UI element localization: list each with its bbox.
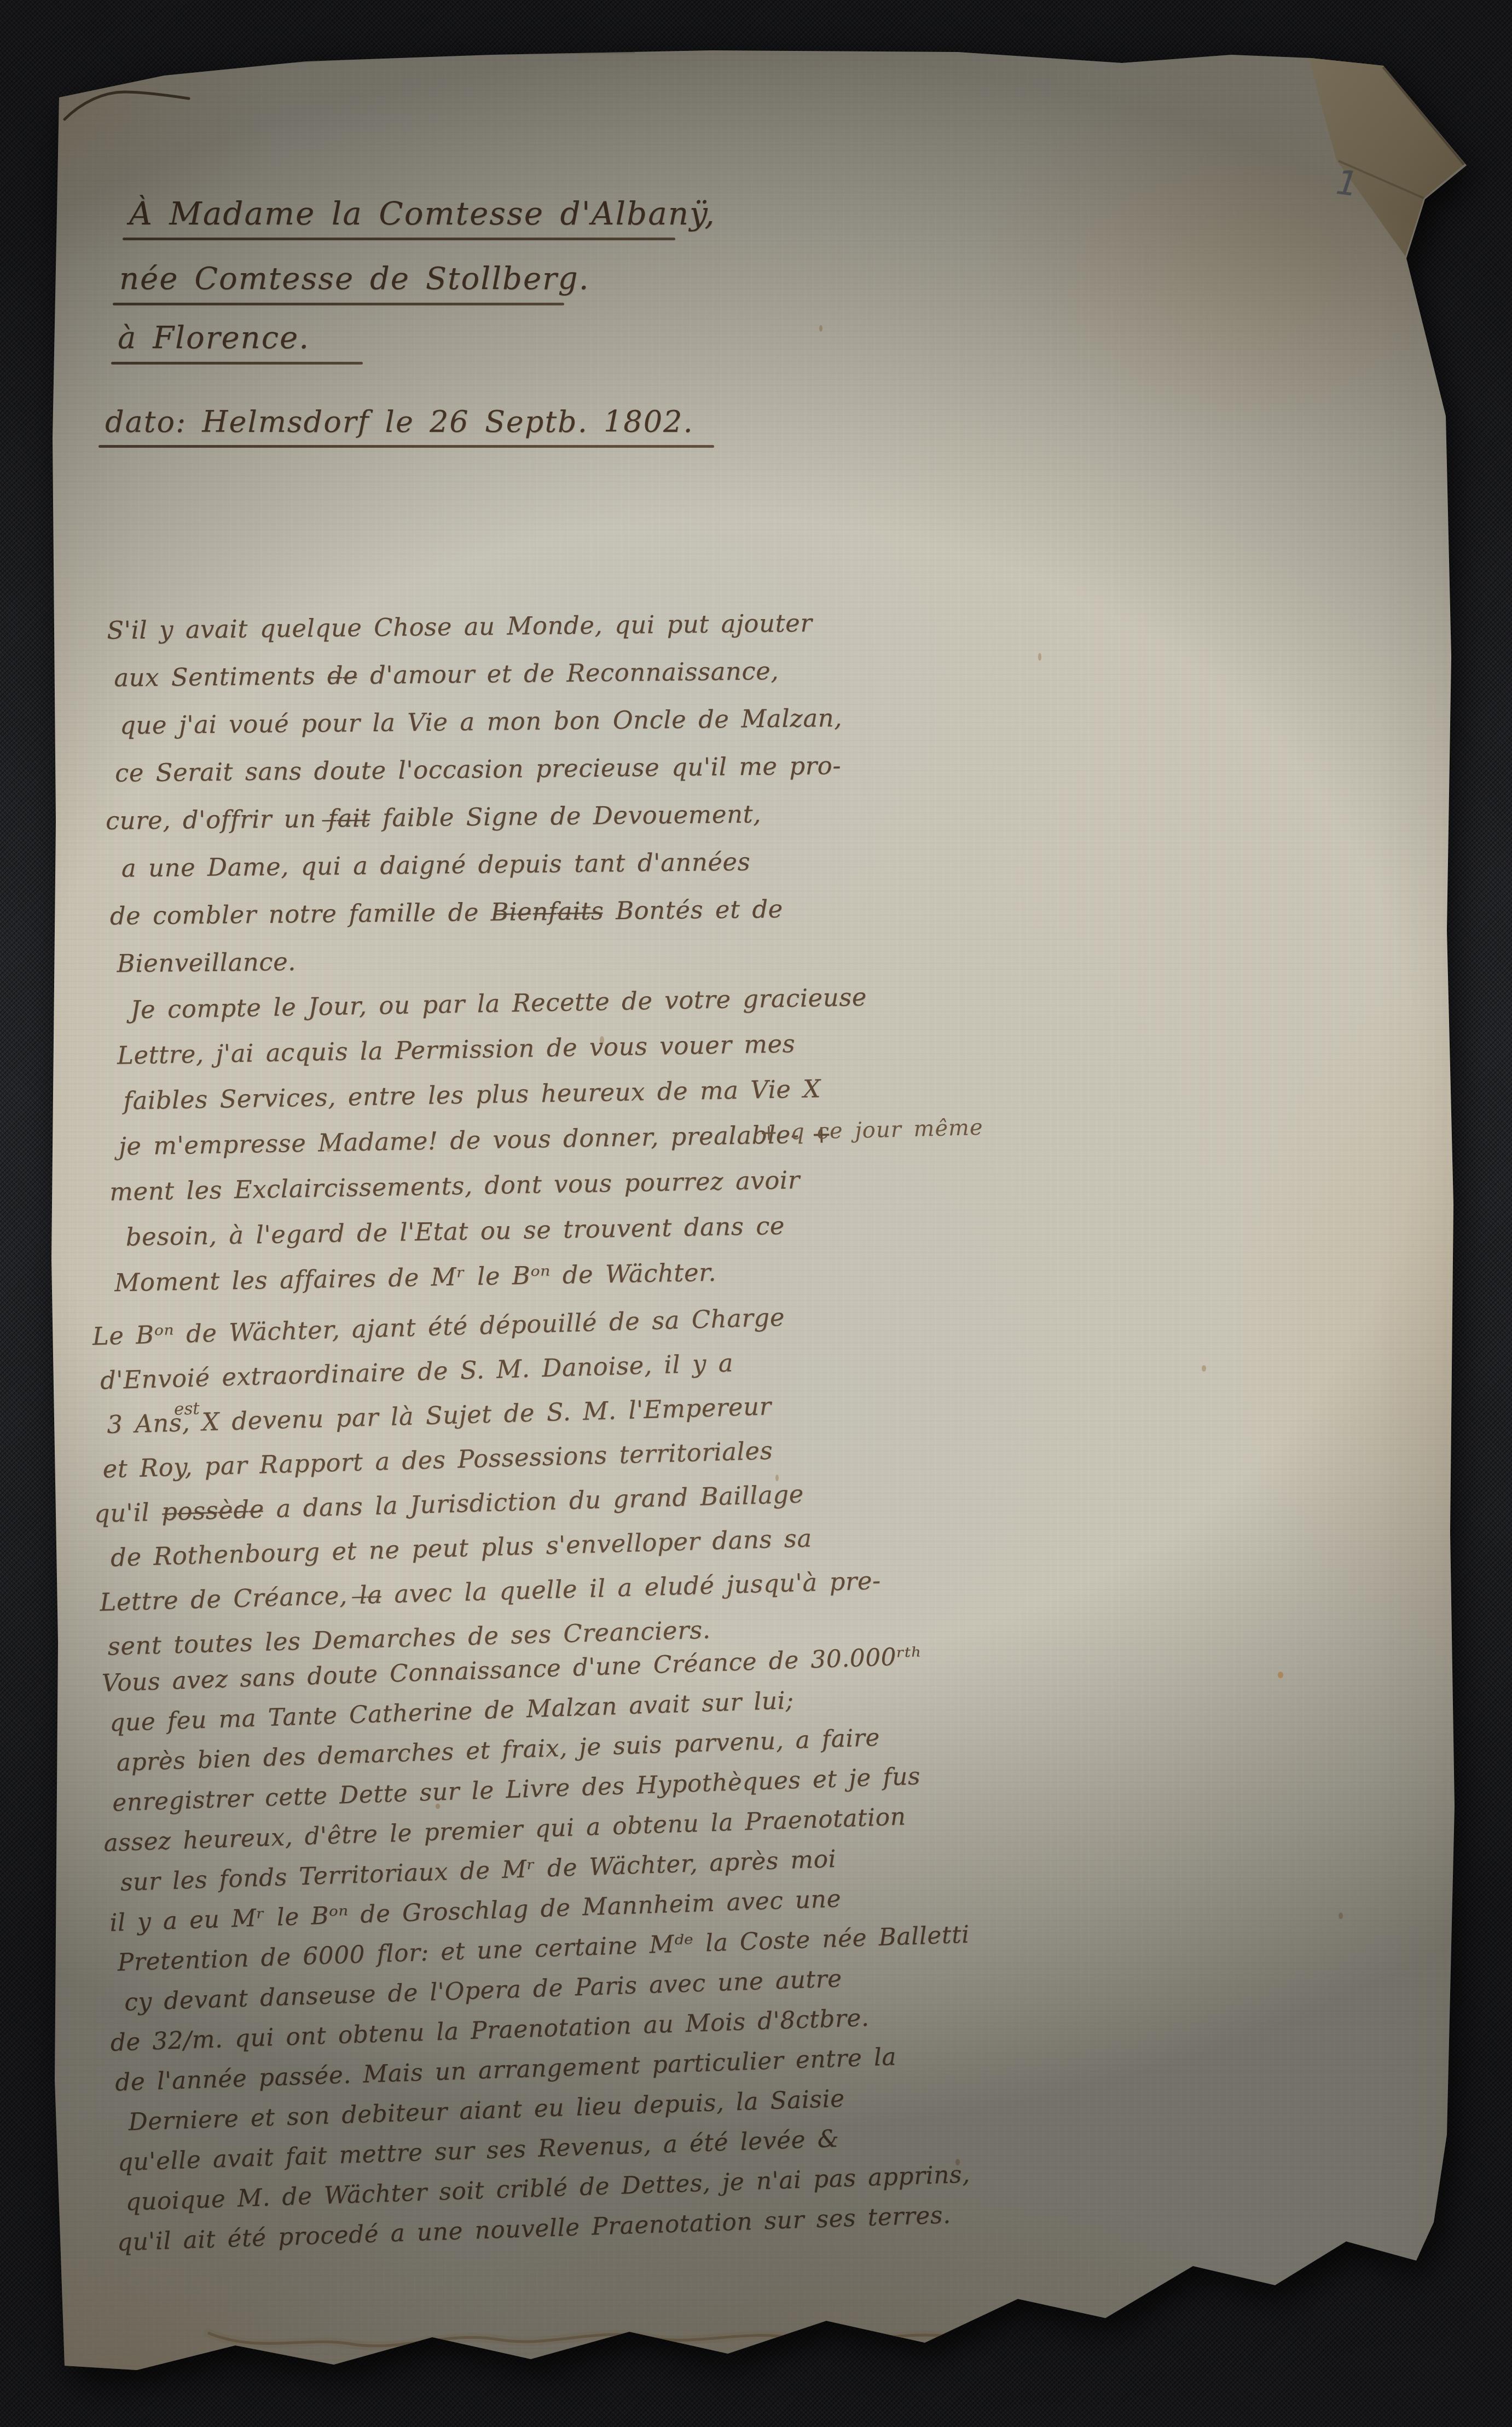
letter-page: 1 À Madame la Comtesse d'Albanÿ, née Com…	[0, 0, 1512, 2427]
dateline: dato: Helmsdorf le 26 Septb. 1802.	[105, 407, 694, 437]
folded-corner	[1308, 56, 1464, 256]
recipient-city-line: à Florence.	[118, 323, 310, 354]
text-line: S'il y avait quelque Chose au Monde, qui…	[107, 606, 842, 661]
paragraph-1: S'il y avait quelque Chose au Monde, qui…	[107, 606, 845, 995]
water-stain-line	[208, 2327, 1177, 2346]
paragraph-4: Vous avez sans doute Connaissance d'une …	[101, 1639, 980, 2267]
fold-crease	[1383, 67, 1464, 164]
ink-arc	[65, 92, 189, 119]
text-line: a une Dame, qui a daigné depuis tant d'a…	[121, 844, 844, 899]
paper-shadow: 1 À Madame la Comtesse d'Albanÿ, née Com…	[0, 0, 1512, 2427]
text-line: de combler notre famille de B̶i̶e̶n̶f̶a̶…	[109, 892, 844, 947]
page-number: 1	[1334, 162, 1360, 204]
paragraph-2: Je compte le Jour, ou par la Recette de …	[109, 980, 872, 1311]
top-tear-line	[175, 53, 635, 71]
paragraph-3: Le Bᵒⁿ de Wächter, ajant été dépouillé d…	[92, 1298, 883, 1674]
text-line: aux Sentiments d̶e̶ d'amour et de Reconn…	[114, 654, 842, 709]
recipient-name-line: À Madame la Comtesse d'Albanÿ,	[129, 198, 716, 229]
text-line: ce Serait sans doute l'occasion precieus…	[115, 749, 843, 804]
water-stain-bleed	[208, 2327, 1177, 2346]
scan-background: 1 À Madame la Comtesse d'Albanÿ, née Com…	[0, 0, 1512, 2427]
text-line: que j'ai voué pour la Vie a mon bon Oncl…	[120, 701, 843, 756]
margin-note: + q ce jour même	[759, 1115, 983, 1146]
text-line: cure, d'offrir un f̶a̶i̶t̶ faible Signe …	[106, 796, 844, 852]
recipient-maiden-name-line: née Comtesse de Stollberg.	[119, 264, 589, 294]
interline-insertion: est	[174, 1399, 200, 1419]
